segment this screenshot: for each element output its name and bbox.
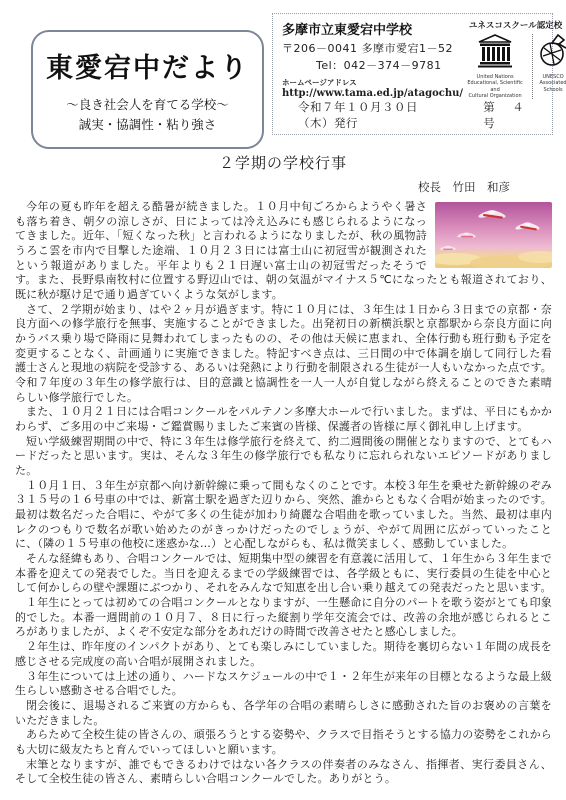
dragonfly-sunset-photo <box>435 202 552 268</box>
school-motto: ～良き社会人を育てる学校～ <box>66 95 229 113</box>
body-paragraph: 末筆となりますが、誰でもできるわけではない各クラスの伴奏者のみなさん、指揮者、実… <box>15 758 552 787</box>
body-paragraph: 閉会後に、退場されるご来賓の方からも、各学年の合唱の素晴らしさに感動された旨のお… <box>15 699 552 728</box>
body-paragraph: １０月１日、３年生が京都へ向け新幹線に乗って間もなくのことです。本校３年生を乗せ… <box>15 479 552 552</box>
school-contact-block: 多摩市立東愛宕中学校 〒206－0041 多摩市愛宕1－52 Tel：042－3… <box>282 19 463 99</box>
unesco-left-logo: United Nations Educational, Scientific a… <box>463 34 533 99</box>
unesco-associated-schools-crane-icon <box>538 34 566 72</box>
article-byline: 校長 竹田 和彦 <box>0 179 566 195</box>
unesco-logos: United Nations Educational, Scientific a… <box>463 34 566 99</box>
newsletter-title: 東愛宕中だより <box>46 46 249 85</box>
body-paragraph: ３年生については上述の通り、ハードなスケジュールの中で１・２年生が来年の目標とな… <box>15 670 552 699</box>
school-name: 多摩市立東愛宕中学校 <box>282 19 463 38</box>
issue-date: 令和７年１０月３０日（木）発行 <box>298 99 441 131</box>
body-paragraph: 短い学級練習期間の中で、特に３年生は修学旅行を終えて、約二週間後の開催となります… <box>15 435 552 479</box>
school-telephone: Tel：042－374－9781 <box>282 57 463 73</box>
homepage-url: http://www.tama.ed.jp/atagochu/ <box>282 88 463 99</box>
school-address: 〒206－0041 多摩市愛宕1－52 <box>282 40 463 56</box>
unesco-left-caption: United Nations Educational, Scientific a… <box>463 74 527 99</box>
unesco-right-logo: UNESCO Associated Schools <box>533 34 566 93</box>
school-values: 誠実・協調性・粘り強さ <box>79 115 217 133</box>
unesco-block: ユネスコスクール認定校 <box>463 19 566 99</box>
unesco-temple-icon <box>477 34 513 72</box>
issue-number: 第 ４ 号 <box>483 99 541 131</box>
body-paragraph: そんな経緯もあり、合唱コンクールでは、短期集中型の練習を有意義に活用して、１年生… <box>15 552 552 596</box>
body-paragraph: あらためて全校生徒の皆さんの、頑張ろうとする姿勢や、クラスで目指そうとする協力の… <box>15 728 552 757</box>
article-body: 今年の夏も昨年を超える酷暑が続きました。１０月中旬ごろからようやく暑さも落ち着き… <box>0 195 566 787</box>
homepage-label: ホームページアドレス <box>282 77 463 88</box>
body-paragraph: さて、２学期が始まり、はや２ヶ月が過ぎます。特に１０月には、３年生は１日から３日… <box>15 303 552 406</box>
masthead: 東愛宕中だより ～良き社会人を育てる学校～ 誠実・協調性・粘り強さ 多摩市立東愛… <box>0 0 566 150</box>
body-paragraph: １年生にとっては初めての合唱コンクールとなりますが、一生懸命に自分のパートを歌う… <box>15 596 552 640</box>
newsletter-title-box: 東愛宕中だより ～良き社会人を育てる学校～ 誠実・協調性・粘り強さ <box>31 30 264 149</box>
school-info-box: 多摩市立東愛宕中学校 〒206－0041 多摩市愛宕1－52 Tel：042－3… <box>272 13 553 135</box>
unesco-right-caption: UNESCO Associated Schools <box>540 74 566 93</box>
article-heading: ２学期の学校行事 <box>0 152 566 173</box>
issue-line: 令和７年１０月３０日（木）発行 第 ４ 号 <box>282 99 545 133</box>
body-paragraph: ２年生は、昨年度のインパクトがあり、とても楽しみにしていました。期待を裏切らない… <box>15 640 552 669</box>
body-paragraph: また、１０月２１日には合唱コンクールをパルテノン多摩大ホールで行いました。まずは… <box>15 405 552 434</box>
unesco-certified-label: ユネスコスクール認定校 <box>469 19 562 31</box>
newsletter-page: 東愛宕中だより ～良き社会人を育てる学校～ 誠実・協調性・粘り強さ 多摩市立東愛… <box>0 0 566 800</box>
school-info-top: 多摩市立東愛宕中学校 〒206－0041 多摩市愛宕1－52 Tel：042－3… <box>282 19 545 99</box>
